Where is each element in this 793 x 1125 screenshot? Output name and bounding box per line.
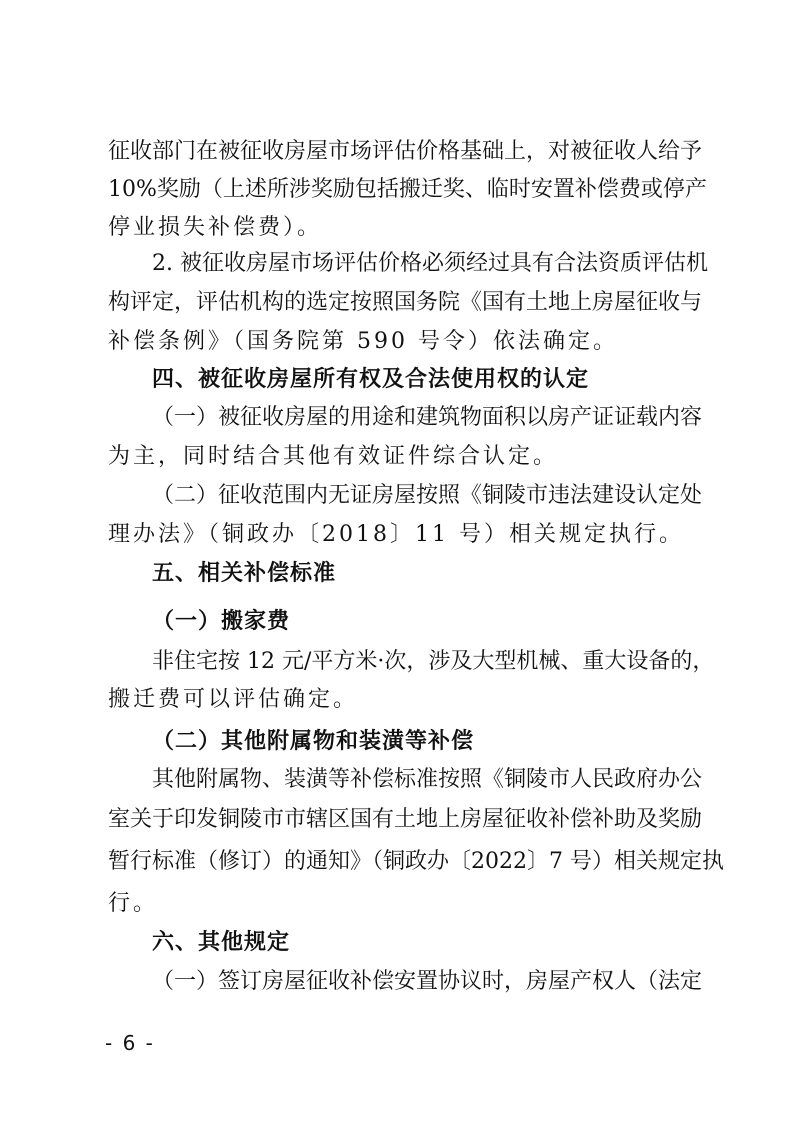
paragraph-line: 10%奖励（上述所涉奖励包括搬迁奖、临时安置补偿费或停产 <box>108 171 688 209</box>
section-heading-6: 六、其他规定 <box>152 924 688 962</box>
paragraph-line: 停业损失补偿费）。 <box>108 209 688 247</box>
paragraph-line: 室关于印发铜陵市市辖区国有土地上房屋征收补偿补助及奖励 <box>108 801 688 839</box>
paragraph-line: 理办法》（铜政办〔2018〕11 号）相关规定执行。 <box>108 516 688 554</box>
paragraph-line: 非住宅按 12 元/平方米·次，涉及大型机械、重大设备的， <box>152 643 688 681</box>
paragraph-line: （一）签订房屋征收补偿安置协议时，房屋产权人（法定 <box>152 963 688 1001</box>
paragraph-line: （一）被征收房屋的用途和建筑物面积以房产证证载内容 <box>152 399 688 437</box>
section-heading-5: 五、相关补偿标准 <box>152 555 688 593</box>
paragraph-line: （二）征收范围内无证房屋按照《铜陵市违法建设认定处 <box>152 477 688 515</box>
document-page: 征收部门在被征收房屋市场评估价格基础上，对被征收人给予 10%奖励（上述所涉奖励… <box>0 0 793 1125</box>
paragraph-line: 行。 <box>108 885 688 923</box>
paragraph-line: 征收部门在被征收房屋市场评估价格基础上，对被征收人给予 <box>108 133 688 171</box>
page-number: - 6 - <box>105 1028 155 1058</box>
paragraph-line: 为主，同时结合其他有效证件综合认定。 <box>108 438 688 476</box>
subsection-heading-attachments: （二）其他附属物和装潢等补偿 <box>152 722 688 760</box>
paragraph-line: 其他附属物、装潢等补偿标准按照《铜陵市人民政府办公 <box>152 761 688 799</box>
paragraph-line: 2. 被征收房屋市场评估价格必须经过具有合法资质评估机 <box>152 245 688 283</box>
paragraph-line: 搬迁费可以评估确定。 <box>108 681 688 719</box>
paragraph-line: 构评定，评估机构的选定按照国务院《国有土地上房屋征收与 <box>108 284 688 322</box>
paragraph-line: 补偿条例》（国务院第 590 号令）依法确定。 <box>108 323 688 361</box>
subsection-heading-moving-fee: （一）搬家费 <box>152 602 688 640</box>
section-heading-4: 四、被征收房屋所有权及合法使用权的认定 <box>152 361 688 399</box>
paragraph-line: 暂行标准（修订）的通知》（铜政办〔2022〕7 号）相关规定执 <box>108 843 688 881</box>
